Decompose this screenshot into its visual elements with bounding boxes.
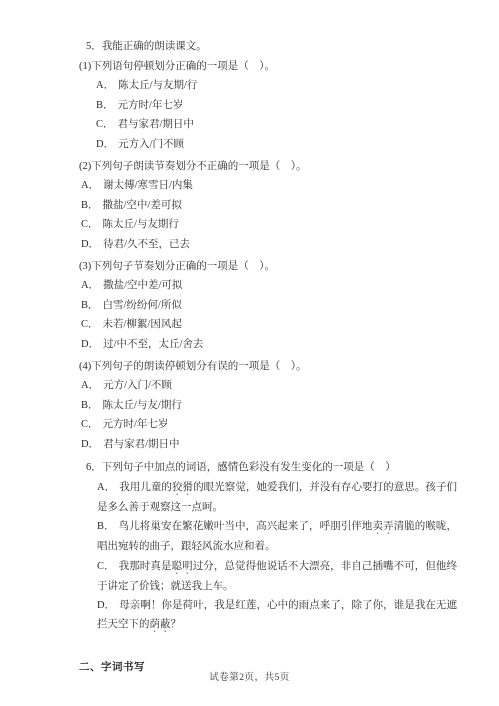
- subquestion-2-option-b: B．撒盐/空中/差可拟: [79, 196, 457, 216]
- question-6-number: 6．: [86, 462, 102, 473]
- subquestion-1-option-a: A．陈太丘/与友期/行: [79, 76, 457, 96]
- option-letter: C．: [97, 561, 115, 572]
- subquestion-4-option-d: D．君与家君/期日中: [79, 435, 457, 455]
- option-text: 陈太丘/与友期/行: [118, 80, 197, 91]
- option-letter: A．: [97, 482, 115, 493]
- option-text-pre: 我那时真是: [119, 561, 172, 572]
- option-letter: C．: [81, 319, 99, 330]
- option-letter: D．: [96, 139, 114, 150]
- subquestion-1-stem-text: 下列语句停顿划分正确的一项是（ ）。: [91, 61, 275, 72]
- emphasized-word: 卖弄: [372, 521, 393, 532]
- question-6: 6．下列句子中加点的词语，感情色彩没有发生变化的一项是（ ） A．我用儿童的狡猾…: [79, 458, 457, 635]
- option-text: 白雪/纷纷何/所似: [103, 300, 182, 311]
- subquestion-4-stem: (4)下列句子的朗读停顿划分有误的一项是（ ）。: [79, 357, 457, 377]
- subquestion-2-stem-text: 下列句子朗读节奏划分不正确的一项是（ ）。: [91, 161, 306, 172]
- option-text-post: ？: [171, 619, 182, 630]
- option-letter: A．: [81, 380, 99, 391]
- emphasized-word: 聪明: [172, 561, 193, 572]
- subquestion-3-option-a: A．撒盐/空中差/可拟: [79, 276, 457, 296]
- subquestion-3-label: (3): [79, 261, 91, 272]
- exam-page: 5．我能正确的朗读课文。 (1)下列语句停顿划分正确的一项是（ ）。 A．陈太丘…: [0, 0, 499, 706]
- subquestion-1: (1)下列语句停顿划分正确的一项是（ ）。 A．陈太丘/与友期/行 B．元方时/…: [79, 57, 457, 155]
- subquestion-3-option-d: D．过/中不至，太丘/舍去: [79, 335, 457, 355]
- question-6-option-d: D．母亲啊！你是荷叶，我是红莲，心中的雨点来了，除了你，谁是我在无遮拦天空下的荫…: [97, 596, 457, 635]
- option-letter: C．: [81, 419, 99, 430]
- option-letter: C．: [81, 219, 99, 230]
- subquestion-1-label: (1): [79, 61, 91, 72]
- subquestion-4-stem-text: 下列句子的朗读停顿划分有误的一项是（ ）。: [91, 361, 306, 372]
- subquestion-2-label: (2): [79, 161, 91, 172]
- subquestion-3-stem: (3)下列句子节奏划分正确的一项是（ ）。: [79, 257, 457, 277]
- option-letter: D．: [81, 239, 99, 250]
- subquestion-2: (2)下列句子朗读节奏划分不正确的一项是（ ）。 A．谢太傅/寒雪日/内集 B．…: [79, 157, 457, 255]
- question-6-option-a: A．我用儿童的狡猾的眼光察觉，她爱我们，并没有存心要打的意思。孩子们是多么善于观…: [97, 478, 457, 517]
- option-letter: C．: [96, 119, 114, 130]
- question-5-header: 5．我能正确的朗读课文。: [79, 37, 457, 57]
- option-text: 待君/久不至，已去: [103, 239, 190, 250]
- subquestion-1-stem: (1)下列语句停顿划分正确的一项是（ ）。: [79, 57, 457, 77]
- option-letter: B．: [81, 400, 99, 411]
- option-letter: D．: [81, 439, 99, 450]
- subquestion-4-option-a: A．元方/入门/不顾: [79, 376, 457, 396]
- subquestion-2-option-a: A．谢太傅/寒雪日/内集: [79, 176, 457, 196]
- option-text: 君与家君/期日中: [118, 119, 194, 130]
- option-letter: B．: [96, 100, 114, 111]
- subquestion-1-option-c: C．君与家君/期日中: [79, 115, 457, 135]
- option-text-pre: 鸟儿将巢安在繁花嫩叶当中，高兴起来了，呼朋引伴地: [119, 521, 373, 532]
- question-6-option-c: C．我那时真是聪明过分，总觉得他说话不大漂亮，非自己插嘴不可，但他终于讲定了价钱…: [97, 557, 457, 596]
- option-text: 未若/柳絮/因风起: [103, 319, 182, 330]
- option-letter: B．: [81, 300, 99, 311]
- question-5-stem: 我能正确的朗读课文。: [102, 41, 207, 52]
- question-5-number: 5．: [86, 41, 102, 52]
- page-footer: 试卷第2页，共5页: [0, 669, 499, 683]
- emphasized-word: 荫蔽: [150, 619, 171, 630]
- subquestion-1-option-b: B．元方时/年七岁: [79, 96, 457, 116]
- subquestion-3-stem-text: 下列句子节奏划分正确的一项是（ ）。: [91, 261, 275, 272]
- option-text: 谢太傅/寒雪日/内集: [103, 180, 193, 191]
- question-6-option-b: B．鸟儿将巢安在繁花嫩叶当中，高兴起来了，呼朋引伴地卖弄清脆的喉咙，唱出宛转的曲…: [97, 517, 457, 556]
- subquestion-4-option-b: B．陈太丘/与友/期行: [79, 396, 457, 416]
- option-text: 撒盐/空中/差可拟: [103, 200, 182, 211]
- option-text: 过/中不至，太丘/舍去: [103, 339, 203, 350]
- option-letter: A．: [81, 280, 99, 291]
- option-text: 撒盐/空中差/可拟: [103, 280, 182, 291]
- subquestion-2-option-c: C．陈太丘/与友期行: [79, 215, 457, 235]
- subquestion-3: (3)下列句子节奏划分正确的一项是（ ）。 A．撒盐/空中差/可拟 B．白雪/纷…: [79, 257, 457, 355]
- option-letter: D．: [97, 600, 115, 611]
- question-5: 5．我能正确的朗读课文。 (1)下列语句停顿划分正确的一项是（ ）。 A．陈太丘…: [79, 37, 457, 454]
- option-letter: D．: [81, 339, 99, 350]
- subquestion-2-stem: (2)下列句子朗读节奏划分不正确的一项是（ ）。: [79, 157, 457, 177]
- subquestion-3-option-c: C．未若/柳絮/因风起: [79, 315, 457, 335]
- emphasized-word: 狡猾: [172, 482, 193, 493]
- option-text: 君与家君/期日中: [103, 439, 179, 450]
- subquestion-4: (4)下列句子的朗读停顿划分有误的一项是（ ）。 A．元方/入门/不顾 B．陈太…: [79, 357, 457, 455]
- option-text: 陈太丘/与友/期行: [103, 400, 182, 411]
- option-letter: A．: [96, 80, 114, 91]
- option-text: 陈太丘/与友期行: [103, 219, 179, 230]
- option-text: 元方时/年七岁: [103, 419, 169, 430]
- option-text: 元方时/年七岁: [118, 100, 184, 111]
- subquestion-3-option-b: B．白雪/纷纷何/所似: [79, 296, 457, 316]
- subquestion-4-option-c: C．元方时/年七岁: [79, 415, 457, 435]
- option-text-pre: 我用儿童的: [119, 482, 172, 493]
- option-letter: B．: [97, 521, 115, 532]
- subquestion-2-option-d: D．待君/久不至，已去: [79, 235, 457, 255]
- subquestion-4-label: (4): [79, 361, 91, 372]
- option-letter: B．: [81, 200, 99, 211]
- question-6-header: 6．下列句子中加点的词语，感情色彩没有发生变化的一项是（ ）: [79, 458, 457, 478]
- option-text: 元方入/门不顾: [118, 139, 184, 150]
- option-text: 元方/入门/不顾: [103, 380, 172, 391]
- question-6-stem: 下列句子中加点的词语，感情色彩没有发生变化的一项是（ ）: [102, 462, 396, 473]
- subquestion-1-option-d: D．元方入/门不顾: [79, 135, 457, 155]
- option-letter: A．: [81, 180, 99, 191]
